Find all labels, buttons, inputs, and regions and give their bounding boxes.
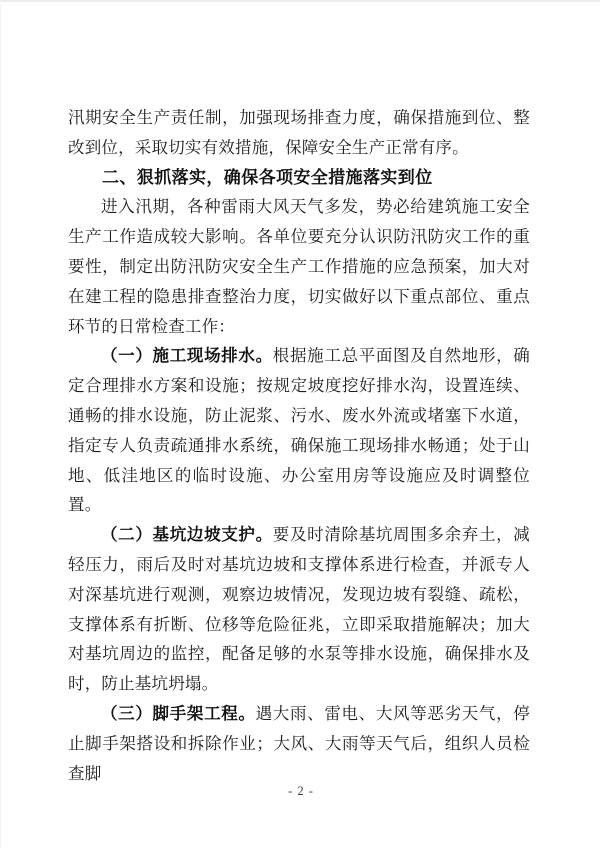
list-item-drainage-body: 根据施工总平面图及自然地形，确定合理排水方案和设施；按规定坡度挖好排水沟，设置连… xyxy=(68,346,530,514)
list-item-foundation-pit-lead: （二）基坑边坡支护。 xyxy=(101,525,273,544)
paragraph-continuation: 汛期安全生产责任制，加强现场排查力度，确保措施到位、整改到位，采取切实有效措施，… xyxy=(68,103,530,163)
document-body: 汛期安全生产责任制，加强现场排查力度，确保措施到位、整改到位，采取切实有效措施，… xyxy=(68,103,530,788)
page-number: - 2 - xyxy=(1,784,600,799)
list-item-drainage: （一）施工现场排水。根据施工总平面图及自然地形，确定合理排水方案和设施；按规定坡… xyxy=(68,341,530,520)
list-item-scaffolding: （三）脚手架工程。遇大雨、雷电、大风等恶劣天气，停止脚手架搭设和拆除作业；大风、… xyxy=(68,699,530,788)
list-item-foundation-pit: （二）基坑边坡支护。要及时清除基坑周围多余弃土，减轻压力，雨后及时对基坑边坡和支… xyxy=(68,520,530,699)
document-page: 汛期安全生产责任制，加强现场排查力度，确保措施到位、整改到位，采取切实有效措施，… xyxy=(0,0,600,848)
section-heading: 二、狠抓落实，确保各项安全措施落实到位 xyxy=(68,163,530,193)
list-item-drainage-lead: （一）施工现场排水。 xyxy=(101,346,273,365)
paragraph-intro: 进入汛期，各种雷雨大风天气多发，势必给建筑施工安全生产工作造成较大影响。各单位要… xyxy=(68,192,530,341)
list-item-scaffolding-lead: （三）脚手架工程。 xyxy=(101,704,256,723)
list-item-foundation-pit-body: 要及时清除基坑周围多余弃土，减轻压力，雨后及时对基坑边坡和支撑体系进行检查，并派… xyxy=(68,525,530,693)
